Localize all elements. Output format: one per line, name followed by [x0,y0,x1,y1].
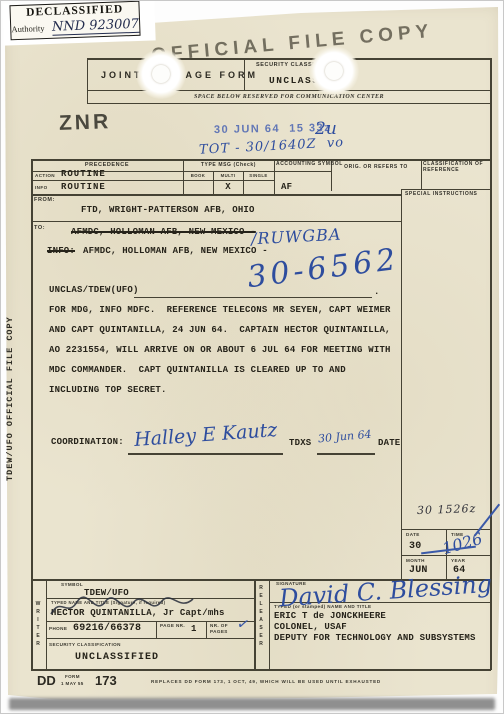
page-nr-value: 1 [191,624,197,634]
replaces-note: REPLACES DD FORM 173, 1 OCT, 49, WHICH W… [151,679,381,684]
coordination-label: COORDINATION: [51,437,124,447]
accounting-symbol-label: ACCOUNTING SYMBOL [276,161,330,167]
phone-value: 69216/66378 [73,623,141,634]
coordination-date-label: DATE [378,438,400,448]
declassified-stamp: DECLASSIFIED Authority NND 923007 [9,1,140,41]
book-label: BOOK [183,173,213,178]
vline-classref [421,159,422,189]
name-bottom-rule [46,621,254,622]
message-classification: UNCLAS/TDEW(UFO) [49,285,139,295]
block-divider-rule [254,579,256,669]
classification-reference-label: CLASSIFICATION OF REFERENCE [423,161,489,173]
info-precedence-value: ROUTINE [61,182,106,192]
margin-file-copy-note: TDEW/UFO OFFICIAL FILE COPY [5,266,15,481]
page-pages-vline [206,621,207,638]
to-label: TO: [34,225,45,231]
message-body-line: AND CAPT QUINTANILLA, 24 JUN 64. CAPTAIN… [49,325,391,335]
writer-security-value: UNCLASSIFIED [75,652,159,663]
multi-check-value: X [213,182,243,192]
multi-label: MULTI [213,173,243,178]
scanned-document: OFFICIAL FILE COPY JOINT MESSAGE FORM SE… [0,0,504,714]
to-value-struck: AFMDC, HOLLOMAN AFB, NEW MEXICO - [71,227,256,237]
releaser-title-2: DEPUTY FOR TECHNOLOGY AND SUBSYSTEMS [274,633,476,643]
releaser-title-1: COLONEL, USAF [274,622,347,632]
authority-number-handwritten: NND 923007 [52,17,139,36]
single-label: SINGLE [243,173,274,178]
page-nr-label: PAGE NR. [160,623,190,629]
writer-strip-rule [46,579,47,669]
message-body-line: INCLUDING TOP SECRET. [49,385,167,395]
received-time-handwritten: 30 1526z [417,502,477,517]
writer-vertical-label: WRITER [35,601,41,665]
form-left-border [31,159,33,670]
precedence-label: PRECEDENCE [31,162,183,168]
vline-accounting [274,159,275,194]
releaser-strip-rule [269,579,270,669]
releaser-vertical-label: RELEASER [258,585,264,663]
phone-bottom-rule [46,638,254,639]
phone-page-vline [156,621,157,638]
classification-underline [134,297,372,298]
from-to-rule [31,221,401,222]
releaser-name: ERIC T de JONCKHEERE [274,611,386,621]
from-label: FROM: [34,197,55,203]
routing-bottom-rule [31,194,401,196]
special-top-rule [401,189,491,190]
action-precedence-value: ROUTINE [61,169,106,179]
routing-mid-rule [31,180,274,181]
type-msg-label: TYPE MSG (Check) [183,162,274,168]
znr-stamp: ZNR [59,110,112,136]
info-addr-label-struck: INFO: [47,246,75,256]
special-left-rule [401,189,402,579]
month-label: MONTH [406,558,425,563]
form-date-label: 1 MAY 55 [61,681,84,686]
hole-punch-right-center [325,62,343,80]
comm-note-rule [87,103,491,104]
symbol-label: SYMBOL [61,582,83,587]
scan-shadow [9,698,495,710]
orig-refers-label: ORIG. OR REFERS TO [331,164,421,170]
classification-period: . [374,287,380,297]
nr-of-pages-label: NR. OF PAGES [210,623,238,634]
routing-top-rule [31,159,491,161]
message-body-line: AO 2231554, WILL ARRIVE ON OR ABOUT 6 JU… [49,345,391,355]
date-value: 30 [409,541,421,552]
received-datetime-stamp: 30 JUN 64 15 33z [214,122,331,136]
phone-label: PHONE [49,626,67,631]
date-label: DATE [406,532,420,537]
authority-label: Authority [11,23,44,34]
hole-punch-left-center [152,65,170,83]
info-addr-value: AFMDC, HOLLOMAN AFB, NEW MEXICO - [83,246,268,256]
accounting-symbol-value: AF [281,182,292,192]
form-number: 173 [95,673,117,688]
from-value: FTD, WRIGHT-PATTERSON AFB, OHIO [81,205,255,215]
form-bottom-rule [31,669,491,671]
message-body-line: FOR MDG, INFO MDFC. REFERENCE TELECONS M… [49,305,391,315]
writer-signature-scrawl [47,594,197,620]
coordination-date-underline [317,453,375,455]
dd-form-prefix: DD [37,673,56,688]
tdxs-label: TDXS [289,438,311,448]
year-label: YEAR [451,558,465,563]
info-label: INFO [35,185,48,190]
message-body-line: MDC COMMANDER. CAPT QUINTANILLA IS CLEAR… [49,365,346,375]
action-label: ACTION [35,173,55,178]
form-word-label: FORM [65,674,80,679]
special-instructions-label: SPECIAL INSTRUCTIONS [405,191,477,197]
coordination-underline [128,453,283,455]
writer-security-label: SECURITY CLASSIFICATION [49,642,121,647]
